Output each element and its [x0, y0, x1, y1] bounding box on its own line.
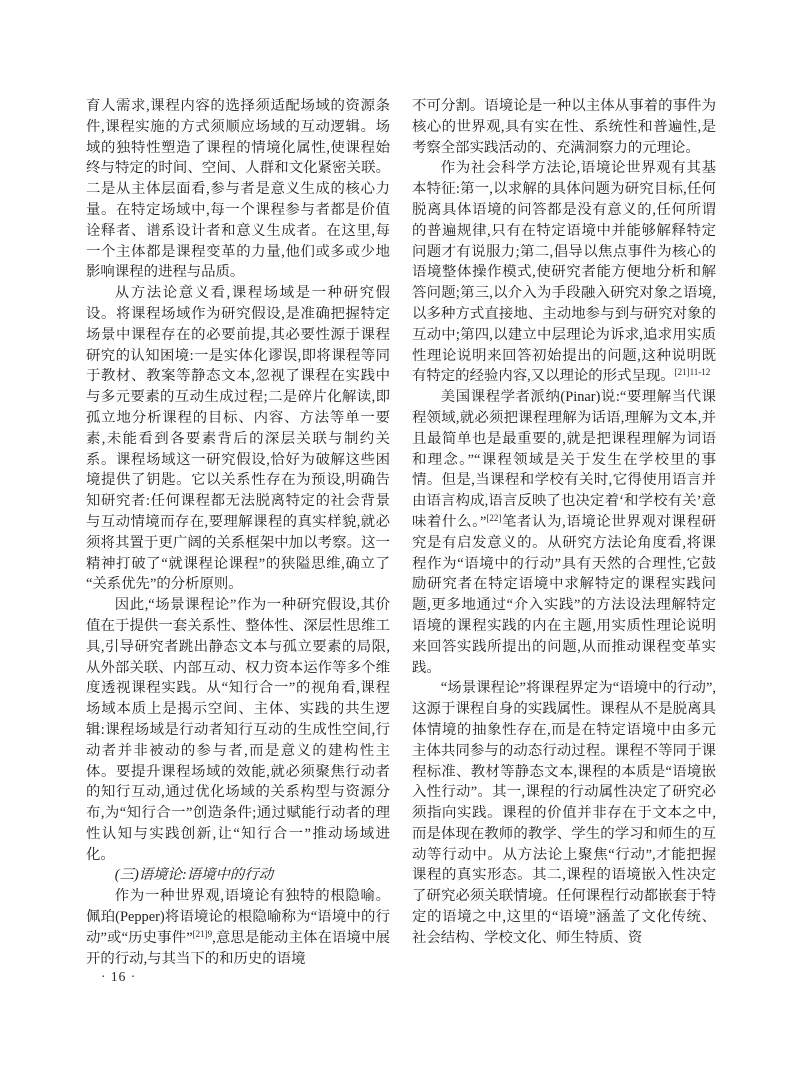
document-page: 育人需求,课程内容的选择须适配场域的资源条件,课程实施的方式须顺应场域的互动逻辑…	[0, 0, 800, 1077]
page-number: · 16 ·	[101, 969, 136, 985]
body-paragraph: 美国课程学者派纳(Pinar)说:“要理解当代课程领域,就必须把课程理解为话语,…	[412, 387, 716, 678]
citation-marker: [21]9	[193, 929, 213, 939]
two-column-layout: 育人需求,课程内容的选择须适配场域的资源条件,课程实施的方式须顺应场域的互动逻辑…	[86, 96, 716, 969]
section-heading: (三)语境论:语境中的行动	[86, 865, 390, 886]
body-paragraph: 不可分割。语境论是一种以主体从事着的事件为核心的世界观,具有实在性、系统性和普遍…	[412, 96, 716, 158]
body-paragraph: 作为一种世界观,语境论有独特的根隐喻。佩珀(Pepper)将语境论的根隐喻称为“…	[86, 886, 390, 969]
body-paragraph: “场景课程论”将课程界定为“语境中的行动”,这源于课程自身的实践属性。课程从不是…	[412, 678, 716, 948]
body-paragraph: 作为社会科学方法论,语境论世界观有其基本特征:第一,以求解的具体问题为研究目标,…	[412, 158, 716, 387]
column-left: 育人需求,课程内容的选择须适配场域的资源条件,课程实施的方式须顺应场域的互动逻辑…	[86, 96, 390, 969]
citation-marker: [22]	[486, 513, 501, 523]
journal-page: { "document": { "kind": "academic-journa…	[0, 0, 800, 1077]
page-body-text: 育人需求,课程内容的选择须适配场域的资源条件,课程实施的方式须顺应场域的互动逻辑…	[86, 96, 716, 969]
body-paragraph: 育人需求,课程内容的选择须适配场域的资源条件,课程实施的方式须顺应场域的互动逻辑…	[86, 96, 390, 283]
body-paragraph: 从方法论意义看,课程场域是一种研究假设。将课程场域作为研究假设,是准确把握特定场…	[86, 283, 390, 595]
column-right: 不可分割。语境论是一种以主体从事着的事件为核心的世界观,具有实在性、系统性和普遍…	[412, 96, 716, 969]
body-paragraph: 因此,“场景课程论”作为一种研究假设,其价值在于提供一套关系性、整体性、深层性思…	[86, 595, 390, 865]
citation-marker: [21]11-12	[675, 367, 711, 377]
